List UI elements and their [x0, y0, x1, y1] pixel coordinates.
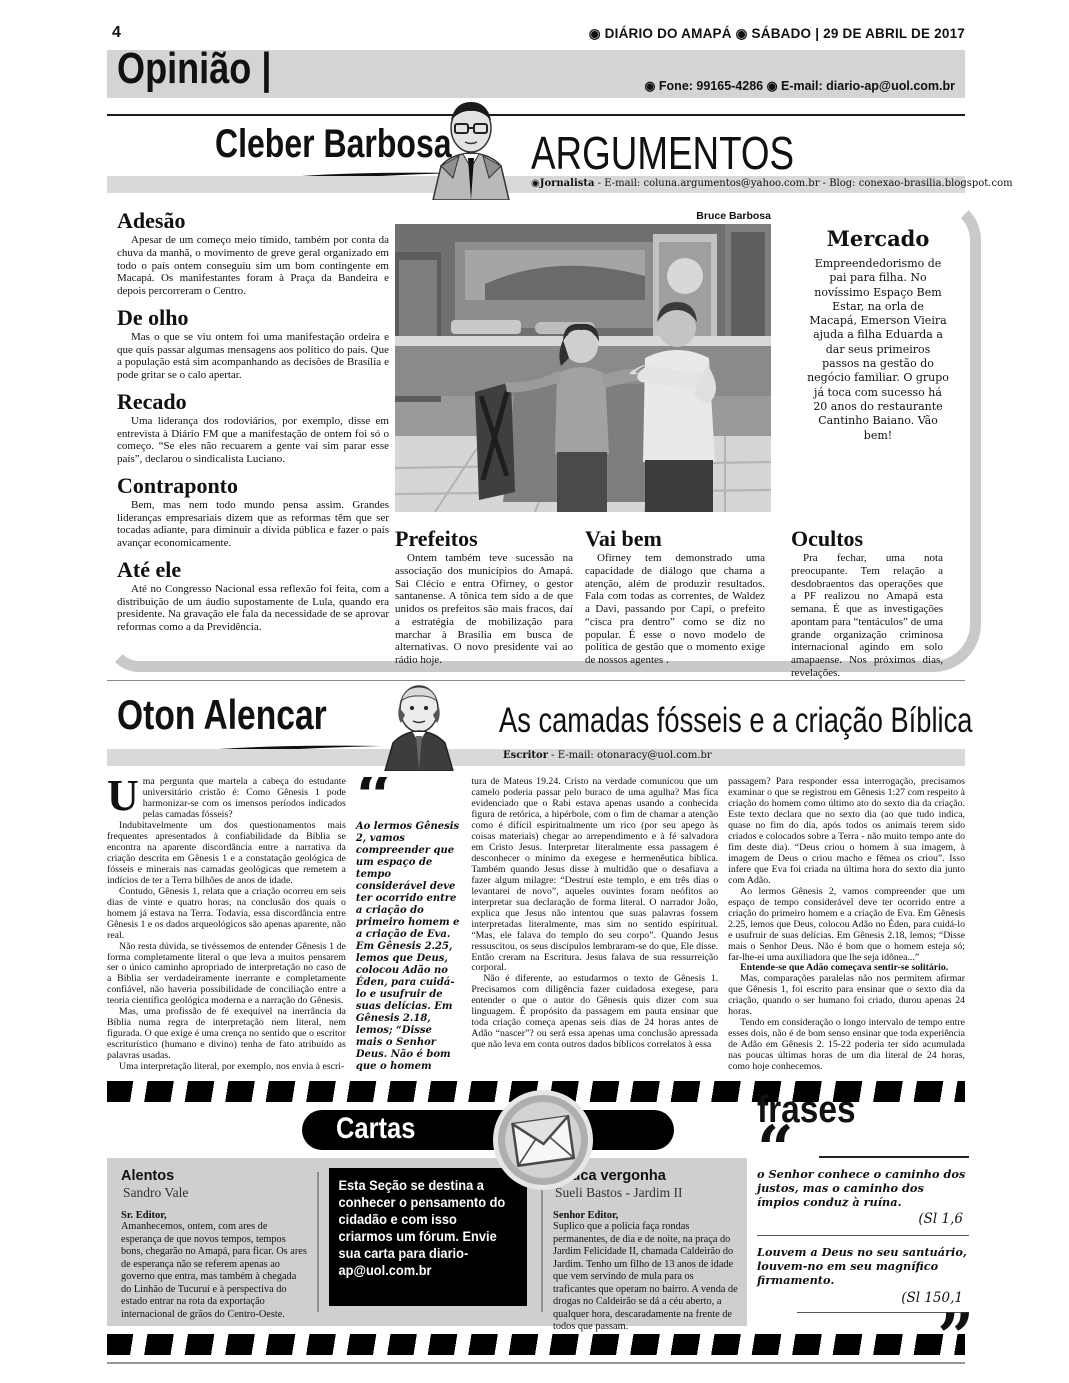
top-bar: 4 ◉ DIÁRIO DO AMAPÁ ◉ SÁBADO | 29 DE ABR… [0, 0, 1069, 46]
caricature-oton-icon [379, 681, 459, 771]
item-title: Adesão [117, 210, 389, 232]
drop-cap: U [107, 777, 143, 813]
paragraph: Mas, comparações paralelas não nos permi… [728, 974, 965, 1018]
article-column-3: passagem? Para responder essa interrogaç… [728, 777, 965, 1073]
item-text: Ofirney tem demonstrado uma capacidade d… [585, 552, 765, 667]
byline-role: ◉Jornalista [531, 178, 594, 189]
quote-citation: (Sl 1,6 [757, 1211, 963, 1227]
mercado-box: Mercado Empreendedorismo de pai para fil… [807, 226, 949, 443]
author-name-oton: Oton Alencar [117, 691, 327, 739]
paragraph: Não resta dúvida, se tivéssemos de enten… [107, 942, 346, 1008]
item-text: Ontem também teve sucessão na associação… [395, 552, 573, 667]
item-title: De olho [117, 307, 389, 329]
quote-separator [757, 1235, 969, 1236]
author-name-cleber: Cleber Barbosa [215, 122, 452, 167]
letter-salutation: Sr. Editor, [121, 1210, 309, 1221]
paragraph-text: ma pergunta que martela a cabeça do estu… [143, 777, 346, 820]
byline-cleber: ◉Jornalista - E-mail: coluna.argumentos@… [531, 178, 1013, 189]
quote-citation: (Sl 150,1 [757, 1290, 963, 1306]
oton-header: Oton Alencar As camadas fósseis e a cria… [107, 687, 965, 767]
mercado-title: Mercado [807, 226, 949, 251]
section-divider [107, 680, 965, 681]
item-title: Até ele [117, 559, 389, 581]
argumentos-header: Cleber Barbosa ARGUMENTOS ◉Jornalista - … [107, 114, 965, 196]
open-quote-icon: “ [356, 777, 461, 817]
paragraph: Mas, uma profissão de fé exequível na in… [107, 1007, 346, 1062]
cartas-title: Cartas [336, 1112, 415, 1146]
opiniao-band: Opinião | ◉ Fone: 99165-4286 ◉ E-mail: d… [107, 50, 965, 98]
close-quote-icon: ” [757, 1323, 969, 1353]
masthead-dateline: ◉ DIÁRIO DO AMAPÁ ◉ SÁBADO | 29 DE ABRIL… [589, 26, 965, 42]
pull-quote: “ Ao lermos Gênesis 2, vamos compreender… [356, 777, 461, 1073]
cartas-section: Cartas Alentos Sandro Vale Sr. Editor, A… [107, 1106, 965, 1332]
ocultos-column: Ocultos Pra fechar, uma nota preocupante… [791, 528, 943, 680]
pull-quote-text: Ao lermos Gênesis 2, vamos compreender q… [356, 821, 461, 1073]
item-text: Apesar de um começo meio tímido, também … [117, 234, 389, 298]
item-text: Mas o que se viu ontem foi uma manifesta… [117, 331, 389, 382]
item-text: Uma liderança dos rodoviários, por exemp… [117, 415, 389, 466]
item-text: Bem, mas nem todo mundo pensa assim. Gra… [117, 499, 389, 550]
envelope-icon [491, 1088, 595, 1192]
letter-alentos: Alentos Sandro Vale Sr. Editor, Amanhece… [121, 1168, 309, 1321]
quote-rule [819, 1156, 969, 1158]
byline-contacts: - E-mail: coluna.argumentos@yahoo.com.br… [594, 178, 1012, 189]
item-text: Pra fechar, uma nota preocupante. Tem re… [791, 552, 943, 680]
byline-oton: Escritor - E-mail: otonaracy@uol.com.br [503, 750, 712, 761]
argumentos-body: Adesão Apesar de um começo meio tímido, … [107, 210, 965, 668]
photo-credit: Bruce Barbosa [395, 210, 771, 222]
page-number: 4 [112, 24, 121, 42]
article-headline: As camadas fósseis e a criação Bíblica [499, 701, 972, 741]
letters-panel: Alentos Sandro Vale Sr. Editor, Amanhece… [107, 1158, 747, 1326]
paragraph: Contudo, Gênesis 1, relata que a criação… [107, 887, 346, 942]
letter-author: Sandro Vale [123, 1185, 309, 1201]
caricature-cleber-icon [425, 98, 517, 200]
paragraph: Ao lermos Gênesis 2, vamos compreender q… [728, 887, 965, 964]
item-title: Recado [117, 391, 389, 413]
article-column-1: Uma pergunta que martela a cabeça do est… [107, 777, 346, 1073]
oton-article: Uma pergunta que martela a cabeça do est… [107, 777, 965, 1073]
byline-contacts: - E-mail: otonaracy@uol.com.br [548, 750, 712, 761]
photo-restaurant [395, 224, 771, 512]
byline-role: Escritor [503, 750, 548, 761]
vai-bem-column: Vai bem Ofirney tem demonstrado uma capa… [585, 528, 765, 667]
paragraph: tura de Mateus 19.24. Cristo na verdade … [471, 777, 718, 974]
item-title: Contraponto [117, 475, 389, 497]
section-title: Opinião | [117, 44, 271, 94]
paragraph: Tendo em consideração o longo intervalo … [728, 1018, 965, 1073]
letter-pouca-vergonha: Pouca vergonha Sueli Bastos - Jardim II … [553, 1168, 739, 1334]
frases-box: frases “ o Senhor conhece o caminho dos … [757, 1092, 969, 1353]
paragraph: Não é diferente, ao estudarmos o texto d… [471, 974, 718, 1051]
bottom-rule [107, 1362, 965, 1364]
paragraph: Uma interpretação literal, por exemplo, … [107, 1062, 346, 1073]
quote-text: Louvem a Deus no seu santuário, louvem-n… [757, 1246, 969, 1287]
frases-title: frases [757, 1092, 944, 1128]
letter-body: Suplico que a polícia faça rondas perman… [553, 1221, 739, 1334]
paragraph: Indubitavelmente um dos questionamentos … [107, 821, 346, 887]
column-title-argumentos: ARGUMENTOS [531, 126, 794, 180]
open-quote-icon: “ [757, 1128, 969, 1172]
paragraph: Uma pergunta que martela a cabeça do est… [107, 777, 346, 821]
article-column-2: tura de Mateus 19.24. Cristo na verdade … [471, 777, 718, 1073]
item-text: Até no Congresso Nacional essa reflexão … [117, 583, 389, 634]
prefeitos-column: Prefeitos Ontem também teve sucessão na … [395, 528, 573, 667]
cartas-banner: Cartas [302, 1110, 674, 1150]
letter-body: Amanhecemos, ontem, com ares de esperanç… [121, 1221, 309, 1321]
item-title: Prefeitos [395, 528, 573, 550]
argumentos-left-column: Adesão Apesar de um começo meio tímido, … [117, 210, 389, 634]
letter-salutation: Senhor Editor, [553, 1210, 739, 1221]
letter-title: Alentos [121, 1168, 309, 1184]
contact-line: ◉ Fone: 99165-4286 ◉ E-mail: diario-ap@u… [645, 78, 955, 93]
mercado-text: Empreendedorismo de pai para filha. No n… [807, 257, 949, 443]
quote-text: o Senhor conhece o caminho dos justos, m… [757, 1168, 969, 1209]
paragraph: passagem? Para responder essa interrogaç… [728, 777, 965, 887]
cartas-notice-text: Esta Seção se destina a conhecer o pensa… [329, 1168, 517, 1288]
item-title: Ocultos [791, 528, 943, 550]
column-divider [541, 1172, 543, 1312]
newspaper-page: 4 ◉ DIÁRIO DO AMAPÁ ◉ SÁBADO | 29 DE ABR… [0, 0, 1069, 1383]
column-divider [317, 1172, 319, 1312]
item-title: Vai bem [585, 528, 765, 550]
